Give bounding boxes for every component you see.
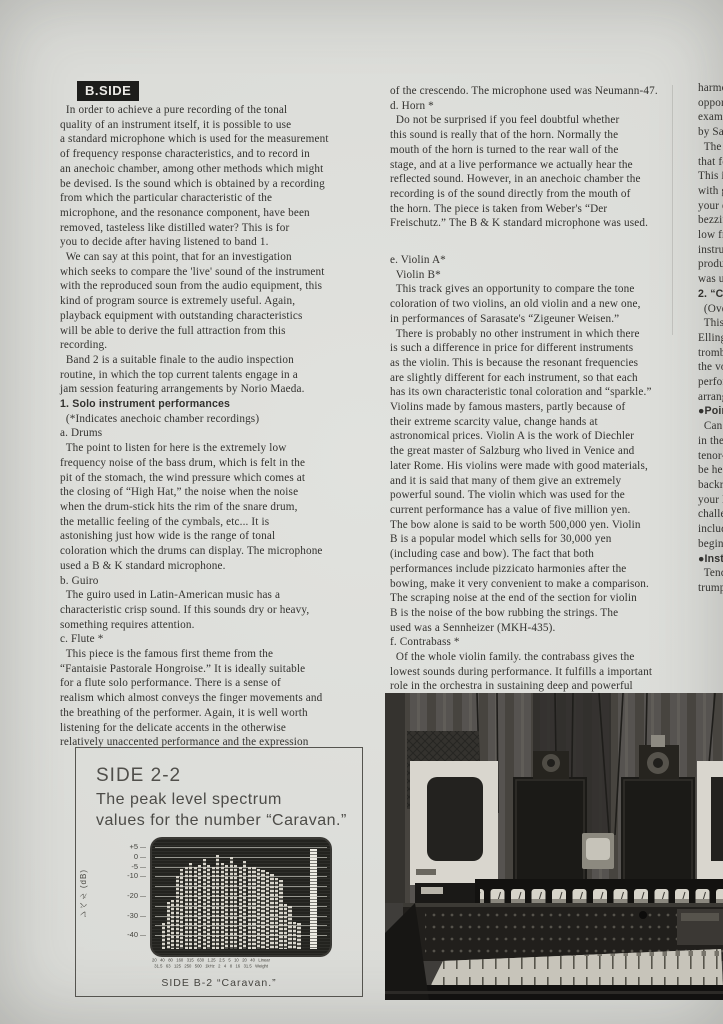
text-line: something requires attention. xyxy=(60,618,388,633)
text-line: This i xyxy=(698,169,723,184)
text-line: The scraping noise at the end of the sec… xyxy=(390,591,698,606)
text-line: Freischutz.” The B & K standard micropho… xyxy=(390,216,698,231)
subtitle-line: values for the number “Caravan.” xyxy=(96,810,362,831)
speaker-right-white xyxy=(697,761,723,885)
spectrum-bar xyxy=(284,904,287,949)
x-axis-ticks-row1: 20 40 80 160 315 630 1.25 2.5 5 10 20 40… xyxy=(152,958,308,963)
spectrum-panel-subtitle: The peak level spectrum values for the n… xyxy=(96,789,362,831)
spectrum-panel-title: SIDE 2-2 xyxy=(96,765,362,787)
text-line: “Fantaisie Pastorale Hongroise.” It is i… xyxy=(60,662,388,677)
text-line: d. Horn * xyxy=(390,99,698,114)
spectrum-bar xyxy=(216,855,219,949)
text-line: trumpe xyxy=(698,581,723,596)
text-line: ●Point xyxy=(698,404,723,419)
text-line: the closing of “High Hat,” the noise whe… xyxy=(60,485,388,500)
spectrum-bar xyxy=(167,902,170,949)
scanned-page: B.SIDE In order to achieve a pure record… xyxy=(0,0,723,1024)
overall-level-bar xyxy=(310,849,317,949)
spectrum-bar xyxy=(270,874,273,949)
text-line: This xyxy=(698,316,723,331)
text-line: is such a difference in price for differ… xyxy=(390,341,698,356)
subtitle-line: The peak level spectrum xyxy=(96,789,362,810)
text-line: 2. “Car xyxy=(698,287,723,302)
text-line: lowest sounds during performance. It ful… xyxy=(390,665,698,680)
text-line: astonishing just how wide is the range o… xyxy=(60,529,388,544)
text-line: low fre xyxy=(698,228,723,243)
spectrum-bar xyxy=(297,923,300,949)
text-line: The xyxy=(698,140,723,155)
spectrum-bar xyxy=(207,865,210,949)
text-line: performances include pizzicato harmonies… xyxy=(390,562,698,577)
text-line: Can xyxy=(698,419,723,434)
studio-photo-art xyxy=(385,693,723,1000)
spectrum-bar xyxy=(189,863,192,949)
text-line: In order to achieve a pure recording of … xyxy=(60,103,388,118)
y-tick-label: -10 xyxy=(124,871,146,880)
text-line: produc xyxy=(698,257,723,272)
text-line: coloration which the drums can display. … xyxy=(60,544,388,559)
spectrum-bar xyxy=(288,906,291,949)
text-line: stage, and at a live performance we actu… xyxy=(390,158,698,173)
text-line: listening for the delicate accents in th… xyxy=(60,721,388,736)
text-line: kind of program source is extremely usef… xyxy=(60,294,388,309)
text-line: coloration of two violins, an old violin… xyxy=(390,297,698,312)
spectrum-bar xyxy=(194,867,197,949)
text-line: 1. Solo instrument performances xyxy=(60,397,388,412)
text-line: backro xyxy=(698,478,723,493)
text-line: playback equipment with outstanding char… xyxy=(60,309,388,324)
text-line: harmon xyxy=(698,81,723,96)
text-line: a. Drums xyxy=(60,426,388,441)
text-line: B is a popular model which sells for 30,… xyxy=(390,532,698,547)
text-line: the horn. The piece is taken from Weber'… xyxy=(390,202,698,217)
text-line: in the xyxy=(698,434,723,449)
text-line: which seeks to compare the 'live' sound … xyxy=(60,265,388,280)
text-line: when the drum-stick hits the rim of the … xyxy=(60,500,388,515)
text-line: astronomical prices. Violin A is the wor… xyxy=(390,429,698,444)
text-line: was us xyxy=(698,272,723,287)
spectrum-bar xyxy=(221,863,224,949)
text-line: The guiro used in Latin-American music h… xyxy=(60,588,388,603)
text-line: We can say at this point, that for an in… xyxy=(60,250,388,265)
text-line: ●Instr xyxy=(698,552,723,567)
text-line: an anechoic chamber, among other methods… xyxy=(60,162,388,177)
spectrum-bar xyxy=(248,867,251,949)
spectrum-bar xyxy=(257,869,260,949)
text-line: your li xyxy=(698,493,723,508)
crt-gridline xyxy=(155,857,327,858)
text-line: Violins made by famous masters, partly b… xyxy=(390,400,698,415)
y-tick-label: -40 xyxy=(124,930,146,939)
text-line: B is the noise of the bow rubbing the st… xyxy=(390,606,698,621)
text-line: the great master of Salzburg who lived i… xyxy=(390,444,698,459)
text-line: f. Contrabass * xyxy=(390,635,698,650)
text-line: bowing, make it very convenient to make … xyxy=(390,577,698,592)
spectrum-bar xyxy=(225,865,228,949)
text-line: arrang xyxy=(698,390,723,405)
text-line: used a B & K standard microphone. xyxy=(60,559,388,574)
text-line: that fo xyxy=(698,155,723,170)
text-line: perfor xyxy=(698,375,723,390)
text-line: microphone, and the resonance component,… xyxy=(60,206,388,221)
section-badge: B.SIDE xyxy=(77,81,139,101)
spectrum-bar xyxy=(239,867,242,949)
text-line: includ xyxy=(698,522,723,537)
text-line: with the reproduced soun from the audio … xyxy=(60,279,388,294)
text-line: realism which almost conveys the finger … xyxy=(60,691,388,706)
text-line: routine, in which the top current talent… xyxy=(60,368,388,383)
speaker-left-white xyxy=(410,761,498,885)
text-line: (Ove xyxy=(698,302,723,317)
text-line: c. Flute * xyxy=(60,632,388,647)
text-line: are slightly different for each instrume… xyxy=(390,371,698,386)
text-line: jam session featuring arrangements by No… xyxy=(60,382,388,397)
y-tick-label: +5 xyxy=(124,842,146,851)
text-line: Do not be surprised if you feel doubtful… xyxy=(390,113,698,128)
text-line: your e xyxy=(698,199,723,214)
text-line: Violin B* xyxy=(390,268,698,283)
text-line: the vo xyxy=(698,360,723,375)
text-line: their extreme scarcity value, change han… xyxy=(390,415,698,430)
text-line: Tenc xyxy=(698,566,723,581)
text-line: recording is of the sound directly from … xyxy=(390,187,698,202)
column-left: In order to achieve a pure recording of … xyxy=(60,103,388,750)
text-line: be hea xyxy=(698,463,723,478)
text-line: b. Guiro xyxy=(60,574,388,589)
text-line: opportu xyxy=(698,96,723,111)
spectrum-bar xyxy=(176,876,179,949)
text-line: this sound is really that of the horn. N… xyxy=(390,128,698,143)
text-line: with g xyxy=(698,184,723,199)
spectrum-bar xyxy=(252,867,255,949)
spectrum-panel: SIDE 2-2 The peak level spectrum values … xyxy=(75,747,363,997)
y-tick-label: -20 xyxy=(124,891,146,900)
column-middle: of the crescendo. The microphone used wa… xyxy=(390,84,698,694)
text-line: for a flute solo performance. There is a… xyxy=(60,676,388,691)
spectrum-bar xyxy=(203,859,206,949)
text-line: later Rome. His violins were made with g… xyxy=(390,459,698,474)
small-tv-monitor xyxy=(582,833,614,869)
spectrum-bar xyxy=(212,867,215,949)
text-line: by Sai xyxy=(698,125,723,140)
text-line: Band 2 is a suitable finale to the audio… xyxy=(60,353,388,368)
text-line: bezzin xyxy=(698,213,723,228)
text-line: has its own characteristic tonal colorat… xyxy=(390,385,698,400)
text-line: and it is said that many of them give an… xyxy=(390,474,698,489)
x-axis-ticks-row2: 31.5 63 125 250 500 1kHz 2 4 8 16 31.5 W… xyxy=(152,964,308,969)
text-line: mouth of the horn is turned to the rear … xyxy=(390,143,698,158)
text-line: the metallic feeling of the cymbals, etc… xyxy=(60,515,388,530)
spectrum-bar xyxy=(293,922,296,949)
text-line: The bow alone is said to be worth 500,00… xyxy=(390,518,698,533)
analyzer-crt-screen xyxy=(152,839,330,955)
text-line: There is probably no other instrument in… xyxy=(390,327,698,342)
spectrum-bar xyxy=(198,865,201,949)
text-line: of the crescendo. The microphone used wa… xyxy=(390,84,698,99)
y-tick-label: -30 xyxy=(124,911,146,920)
crt-gridline xyxy=(155,847,327,848)
text-line: challen xyxy=(698,507,723,522)
text-line: you to decide after having listened to b… xyxy=(60,235,388,250)
text-line: a standard microphone which is used for … xyxy=(60,132,388,147)
text-line: The point to listen for here is the extr… xyxy=(60,441,388,456)
text-line: current performance has a value of five … xyxy=(390,503,698,518)
text-line: of frequency response characteristics, a… xyxy=(60,147,388,162)
text-line: will be able to derive the full attracti… xyxy=(60,324,388,339)
spectrum-bar xyxy=(261,870,264,949)
text-line: the breathing of the performer. Again, i… xyxy=(60,706,388,721)
text-line: reflected sound. However, in an anechoic… xyxy=(390,172,698,187)
text-line: (*Indicates anechoic chamber recordings) xyxy=(60,412,388,427)
y-tick-label: -5 xyxy=(124,862,146,871)
text-line: recording. xyxy=(60,338,388,353)
text-line: e. Violin A* xyxy=(390,253,698,268)
spectrum-bar xyxy=(230,857,233,949)
y-axis-title: レベル (dB) xyxy=(78,869,89,918)
spectrum-bar xyxy=(162,923,165,949)
spectrum-bar xyxy=(171,900,174,949)
studio-photo xyxy=(385,693,723,1000)
spectrum-bar xyxy=(279,880,282,949)
page-crease xyxy=(672,85,673,335)
y-tick-label: 0 xyxy=(124,852,146,861)
text-line: (including case and bow). The fact that … xyxy=(390,547,698,562)
text-line: quality of an instrument itself, it is p… xyxy=(60,118,388,133)
spectrum-chart: レベル (dB) +50-5-10-20-30-40 20 40 80 160 … xyxy=(76,839,362,989)
text-line: tenor-s xyxy=(698,449,723,464)
spectrum-bar xyxy=(234,865,237,949)
spectrum-bar xyxy=(266,872,269,949)
text-line: exampl xyxy=(698,110,723,125)
text-line: begin xyxy=(698,537,723,552)
text-line: frequency noise of the bass drum, which … xyxy=(60,456,388,471)
text-line: from which the particular characteristic… xyxy=(60,191,388,206)
text-line: pit of the stomach, the wind pressure wh… xyxy=(60,471,388,486)
text-line: used was a Sennheizer (MKH-435). xyxy=(390,621,698,636)
text-line: Elling xyxy=(698,331,723,346)
spectrum-bar xyxy=(185,867,188,949)
text-line: characteristic crisp sound. If this soun… xyxy=(60,603,388,618)
text-line: removed, tasteless like distilled water?… xyxy=(60,221,388,236)
text-line: instrum xyxy=(698,243,723,258)
text-line: This track gives an opportunity to compa… xyxy=(390,282,698,297)
text-line: This piece is the famous first theme fro… xyxy=(60,647,388,662)
text-line: role in the orchestra in sustaining deep… xyxy=(390,679,698,694)
chart-caption: SIDE B-2 “Caravan.” xyxy=(76,977,362,989)
text-line: powerful sound. The violin which was use… xyxy=(390,488,698,503)
column-right-clipped: harmonopportuexamplby Sai Thethat foThis… xyxy=(698,81,723,601)
spectrum-bar xyxy=(243,861,246,949)
text-line: trombo xyxy=(698,346,723,361)
text-line: be devised. Is the sound which is obtain… xyxy=(60,177,388,192)
spectrum-bar xyxy=(180,869,183,949)
text-line: as the violin. This is because the reson… xyxy=(390,356,698,371)
spectrum-bar xyxy=(275,878,278,949)
text-line: Of the whole violin family. the contraba… xyxy=(390,650,698,665)
text-line: in performances of Sarasate's “Zigeuner … xyxy=(390,312,698,327)
